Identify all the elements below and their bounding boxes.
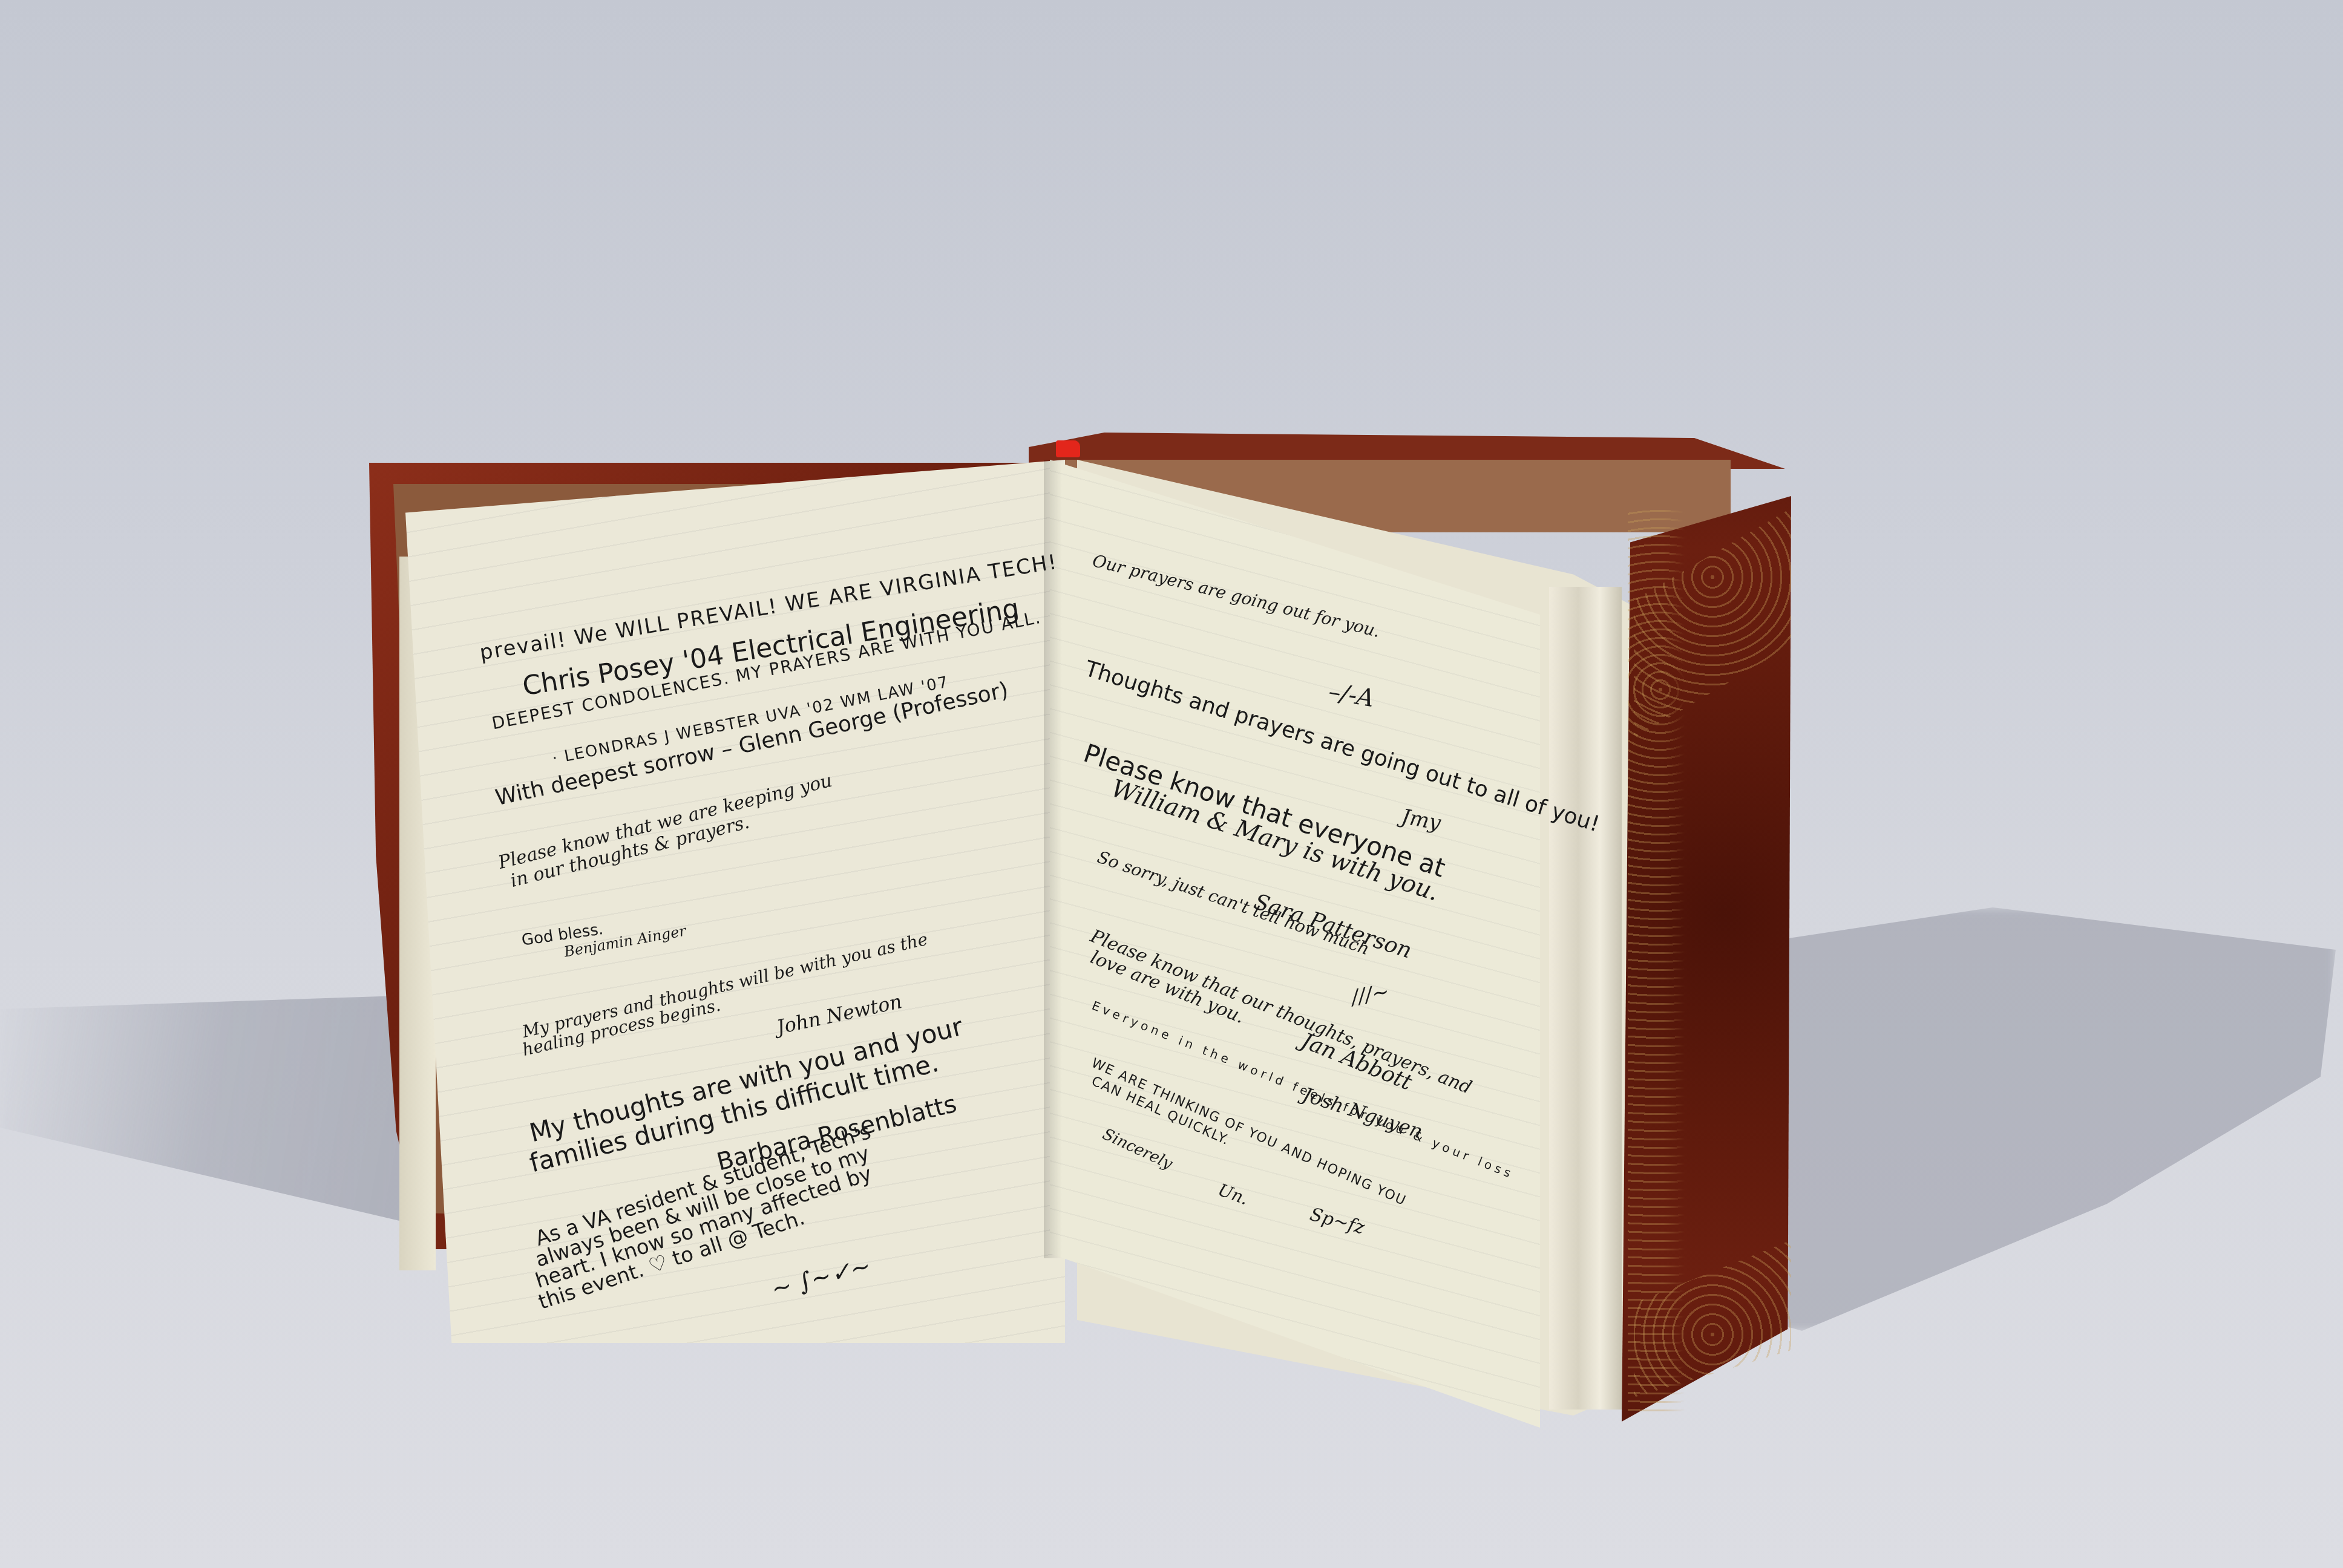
- right-page-stack: [1549, 587, 1622, 1410]
- bookmark-ribbon[interactable]: [1056, 440, 1080, 457]
- book-gutter: [1044, 460, 1062, 1258]
